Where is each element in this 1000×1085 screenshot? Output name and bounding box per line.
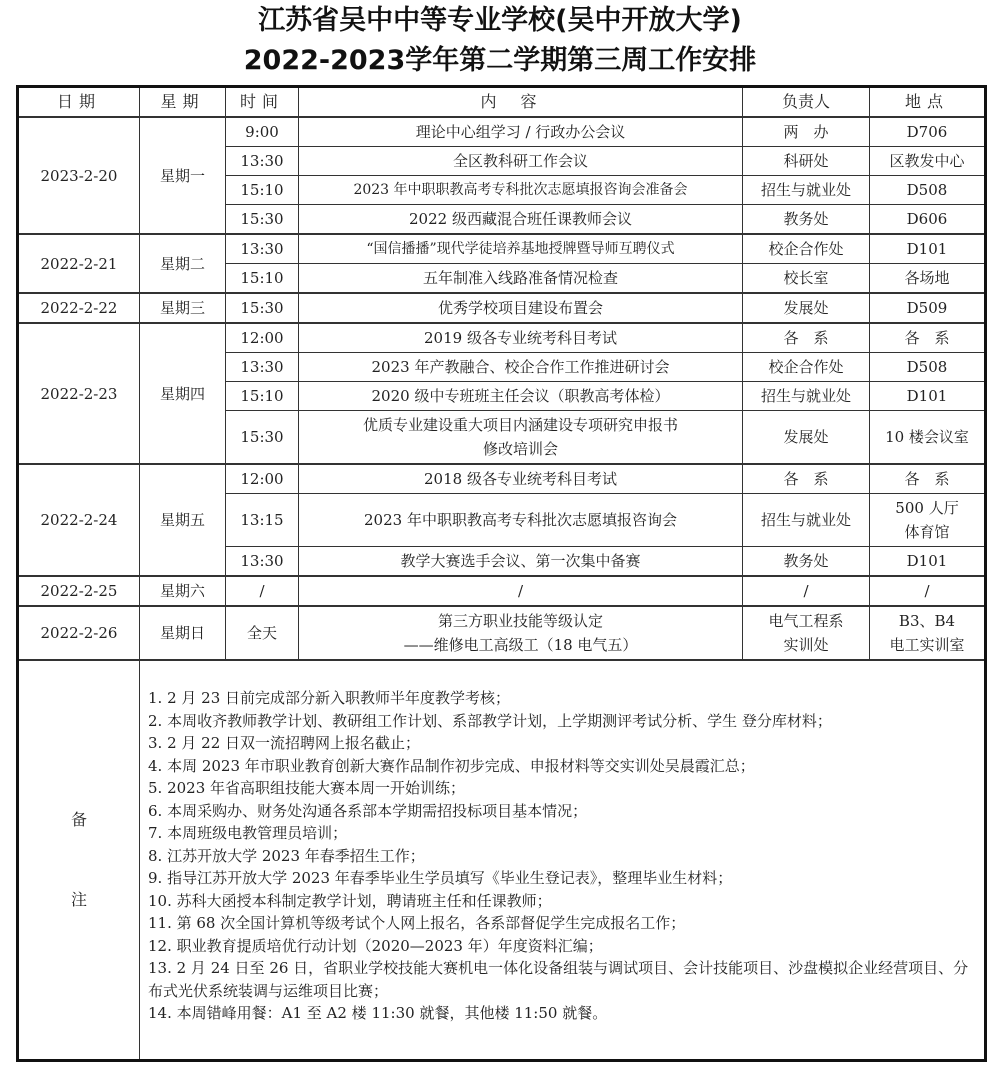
note-item: 13. 2 月 24 日至 26 日，省职业学校技能大赛机电一体化设备组装与调试… [148, 957, 976, 1002]
weekday-cell: 星期六 [140, 576, 226, 606]
time-cell: 12:00 [226, 323, 299, 353]
time-cell: 13:30 [226, 234, 299, 264]
location-cell: D101 [870, 547, 986, 577]
content-cell: 优秀学校项目建设布置会 [299, 293, 743, 323]
time-cell: 9:00 [226, 117, 299, 147]
content-cell: 2020 级中专班班主任会议（职教高考体检） [299, 382, 743, 411]
note-item: 9. 指导江苏开放大学 2023 年春季毕业生学员填写《毕业生登记表》，整理毕业… [148, 867, 976, 890]
date-cell: 2023-2-20 [18, 117, 140, 234]
date-cell: 2022-2-25 [18, 576, 140, 606]
person-cell: 各 系 [743, 323, 870, 353]
person-cell: 招生与就业处 [743, 176, 870, 205]
person-cell: 校企合作处 [743, 353, 870, 382]
note-item: 11. 第 68 次全国计算机等级考试个人网上报名，各系部督促学生完成报名工作； [148, 912, 976, 935]
weekday-cell: 星期四 [140, 323, 226, 464]
table-row: 2022-2-24 星期五 12:00 2018 级各专业统考科目考试 各 系 … [18, 464, 986, 494]
time-cell: 13:30 [226, 353, 299, 382]
content-cell: 2019 级各专业统考科目考试 [299, 323, 743, 353]
notes-label: 备 注 [18, 660, 140, 1061]
person-cell: 电气工程系 实训处 [743, 606, 870, 660]
time-cell: 12:00 [226, 464, 299, 494]
header-person: 负责人 [743, 87, 870, 118]
note-item: 12. 职业教育提质培优行动计划（2020—2023 年）年度资料汇编； [148, 935, 976, 958]
time-cell: / [226, 576, 299, 606]
note-item: 2. 本周收齐教师教学计划、教研组工作计划、系部教学计划，上学期测评考试分析、学… [148, 710, 976, 733]
note-item: 7. 本周班级电教管理员培训； [148, 822, 976, 845]
content-cell: 2023 年中职职教高考专科批次志愿填报咨询会 [299, 494, 743, 547]
location-cell: 各 系 [870, 464, 986, 494]
location-cell: / [870, 576, 986, 606]
time-cell: 全天 [226, 606, 299, 660]
table-row: 2022-2-23 星期四 12:00 2019 级各专业统考科目考试 各 系 … [18, 323, 986, 353]
content-cell: 教学大赛选手会议、第一次集中备赛 [299, 547, 743, 577]
location-cell: 各场地 [870, 264, 986, 294]
time-cell: 15:30 [226, 293, 299, 323]
person-cell: 招生与就业处 [743, 382, 870, 411]
weekday-cell: 星期三 [140, 293, 226, 323]
table-row: 2022-2-26 星期日 全天 第三方职业技能等级认定 ——维修电工高级工（1… [18, 606, 986, 660]
location-cell: D509 [870, 293, 986, 323]
note-item: 10. 苏科大函授本科制定教学计划，聘请班主任和任课教师； [148, 890, 976, 913]
person-cell: 校企合作处 [743, 234, 870, 264]
location-cell: D101 [870, 382, 986, 411]
person-cell: 发展处 [743, 411, 870, 465]
weekday-cell: 星期二 [140, 234, 226, 293]
time-cell: 15:30 [226, 411, 299, 465]
content-cell: “国信播播”现代学徒培养基地授牌暨导师互聘仪式 [299, 234, 743, 264]
note-item: 6. 本周采购办、财务处沟通各系部本学期需招投标项目基本情况； [148, 800, 976, 823]
location-cell: 500 人厅 体育馆 [870, 494, 986, 547]
weekday-cell: 星期日 [140, 606, 226, 660]
table-row: 2022-2-21 星期二 13:30 “国信播播”现代学徒培养基地授牌暨导师互… [18, 234, 986, 264]
header-date: 日期 [18, 87, 140, 118]
weekday-cell: 星期五 [140, 464, 226, 576]
content-cell: 2022 级西藏混合班任课教师会议 [299, 205, 743, 235]
content-cell: 理论中心组学习 / 行政办公会议 [299, 117, 743, 147]
document-subtitle: 2022-2023学年第二学期第三周工作安排 [0, 42, 1000, 80]
table-header-row: 日期 星期 时间 内容 负责人 地点 [18, 87, 986, 118]
time-cell: 15:10 [226, 264, 299, 294]
person-cell: 教务处 [743, 205, 870, 235]
time-cell: 15:10 [226, 382, 299, 411]
date-cell: 2022-2-23 [18, 323, 140, 464]
person-cell: / [743, 576, 870, 606]
location-cell: 各 系 [870, 323, 986, 353]
date-cell: 2022-2-21 [18, 234, 140, 293]
person-cell: 各 系 [743, 464, 870, 494]
location-cell: D101 [870, 234, 986, 264]
content-cell: 2023 年中职职教高考专科批次志愿填报咨询会准备会 [299, 176, 743, 205]
notes-content: 1. 2 月 23 日前完成部分新入职教师半年度教学考核； 2. 本周收齐教师教… [140, 660, 986, 1061]
notes-row: 备 注 1. 2 月 23 日前完成部分新入职教师半年度教学考核； 2. 本周收… [18, 660, 986, 1061]
location-cell: B3、B4 电工实训室 [870, 606, 986, 660]
header-content: 内容 [299, 87, 743, 118]
content-cell: 全区教科研工作会议 [299, 147, 743, 176]
header-weekday: 星期 [140, 87, 226, 118]
date-cell: 2022-2-26 [18, 606, 140, 660]
note-item: 1. 2 月 23 日前完成部分新入职教师半年度教学考核； [148, 687, 976, 710]
weekday-cell: 星期一 [140, 117, 226, 234]
location-cell: D606 [870, 205, 986, 235]
note-item: 8. 江苏开放大学 2023 年春季招生工作； [148, 845, 976, 868]
header-time: 时间 [226, 87, 299, 118]
time-cell: 15:30 [226, 205, 299, 235]
table-row: 2022-2-22 星期三 15:30 优秀学校项目建设布置会 发展处 D509 [18, 293, 986, 323]
schedule-table: 日期 星期 时间 内容 负责人 地点 2023-2-20 星期一 9:00 理论… [16, 85, 987, 1062]
person-cell: 发展处 [743, 293, 870, 323]
content-cell: / [299, 576, 743, 606]
notes-label-top: 备 [23, 780, 135, 860]
person-cell: 两 办 [743, 117, 870, 147]
time-cell: 15:10 [226, 176, 299, 205]
note-item: 4. 本周 2023 年市职业教育创新大赛作品制作初步完成、申报材料等交实训处吴… [148, 755, 976, 778]
date-cell: 2022-2-22 [18, 293, 140, 323]
time-cell: 13:30 [226, 547, 299, 577]
content-cell: 2023 年产教融合、校企合作工作推进研讨会 [299, 353, 743, 382]
table-row: 2022-2-25 星期六 / / / / [18, 576, 986, 606]
content-cell: 优质专业建设重大项目内涵建设专项研究申报书 修改培训会 [299, 411, 743, 465]
location-cell: D706 [870, 117, 986, 147]
header-location: 地点 [870, 87, 986, 118]
content-cell: 五年制准入线路准备情况检查 [299, 264, 743, 294]
location-cell: D508 [870, 353, 986, 382]
location-cell: 10 楼会议室 [870, 411, 986, 465]
note-item: 5. 2023 年省高职组技能大赛本周一开始训练； [148, 777, 976, 800]
person-cell: 校长室 [743, 264, 870, 294]
note-item: 14. 本周错峰用餐：A1 至 A2 楼 11:30 就餐，其他楼 11:50 … [148, 1002, 976, 1025]
content-cell: 第三方职业技能等级认定 ——维修电工高级工（18 电气五） [299, 606, 743, 660]
person-cell: 科研处 [743, 147, 870, 176]
document-title: 江苏省吴中中等专业学校(吴中开放大学) [0, 2, 1000, 40]
time-cell: 13:15 [226, 494, 299, 547]
location-cell: D508 [870, 176, 986, 205]
note-item: 3. 2 月 22 日双一流招聘网上报名截止； [148, 732, 976, 755]
date-cell: 2022-2-24 [18, 464, 140, 576]
notes-label-bottom: 注 [23, 860, 135, 940]
content-cell: 2018 级各专业统考科目考试 [299, 464, 743, 494]
location-cell: 区教发中心 [870, 147, 986, 176]
person-cell: 招生与就业处 [743, 494, 870, 547]
time-cell: 13:30 [226, 147, 299, 176]
table-row: 2023-2-20 星期一 9:00 理论中心组学习 / 行政办公会议 两 办 … [18, 117, 986, 147]
person-cell: 教务处 [743, 547, 870, 577]
